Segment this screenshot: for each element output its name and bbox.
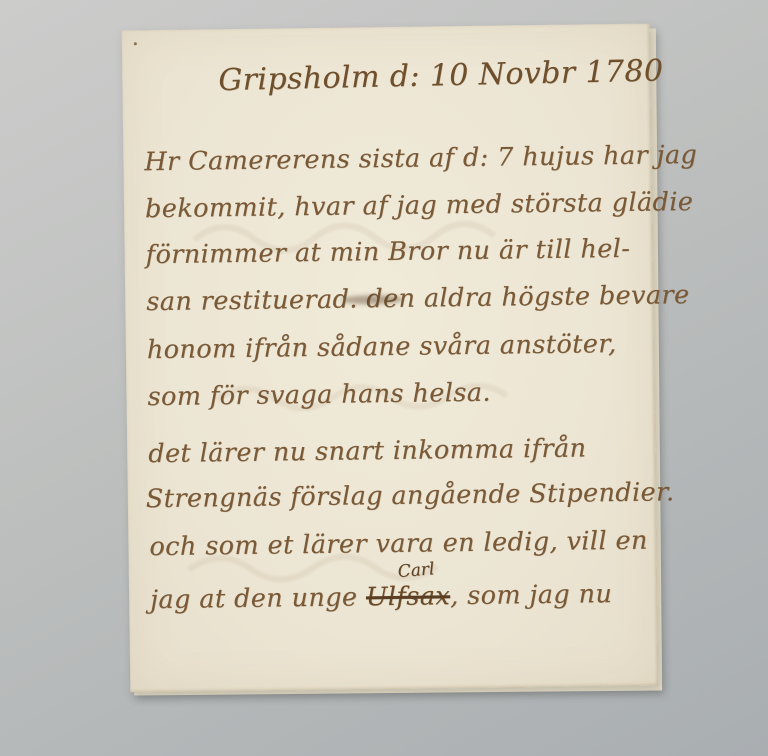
body-line-10: jag at den unge Ulfsax, som jag nu Carl: [150, 582, 612, 614]
letter-paper: Gripsholm d: 10 Novbr 1780 Hr Camererens…: [122, 24, 659, 693]
body-line-4: san restituerad. den aldra högste bevare: [146, 283, 690, 316]
photo-backdrop: Gripsholm d: 10 Novbr 1780 Hr Camererens…: [0, 0, 768, 756]
body-line-8: Strengnäs förslag angående Stipendier.: [146, 480, 675, 512]
body-line-7: det lärer nu snart inkomma ifrån: [148, 436, 586, 467]
struck-word: Ulfsax: [366, 581, 451, 612]
last-line-after: , som jag nu: [450, 579, 613, 611]
body-line-6: som för svaga hans helsa.: [147, 381, 491, 411]
body-line-5: honom ifrån sådane svåra anstöter,: [147, 332, 617, 364]
paper-speck: [134, 42, 137, 45]
inserted-word: Carl: [397, 561, 435, 581]
last-line-before: jag at den unge: [150, 582, 366, 615]
letter-dateline: Gripsholm d: 10 Novbr 1780: [218, 53, 664, 98]
body-line-9: och som et lärer vara en ledig, vill en: [149, 529, 648, 561]
body-line-3: förnimmer at min Bror nu är till hel-: [145, 237, 630, 269]
body-line-1: Hr Camererens sista af d: 7 hujus har ja…: [144, 143, 697, 176]
body-line-2: bekommit, hvar af jag med största glädie: [145, 190, 694, 223]
